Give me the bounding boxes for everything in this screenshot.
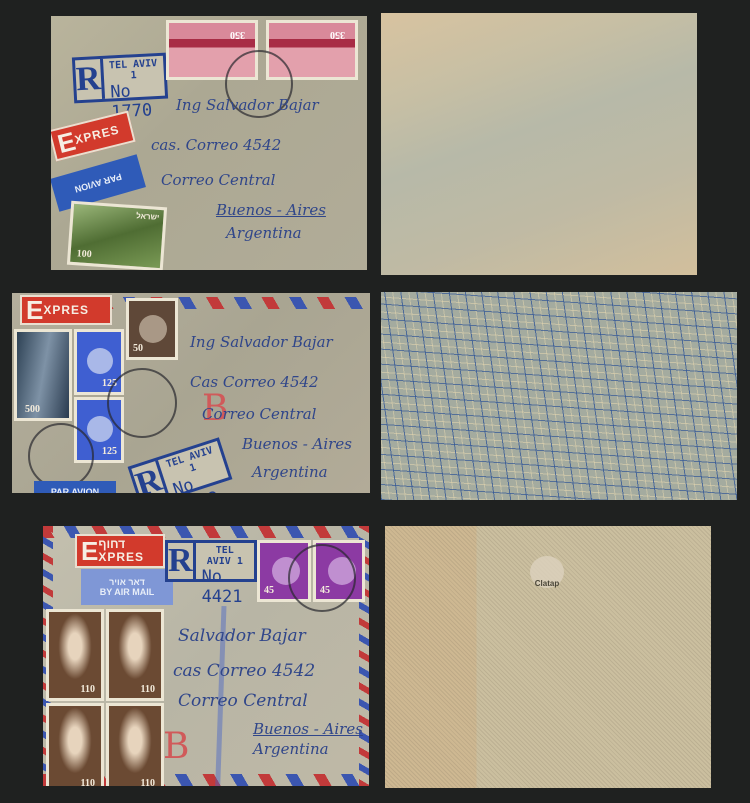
stamp-value: 45	[264, 585, 274, 596]
postmark	[107, 368, 177, 438]
express-word: XPRES	[43, 303, 89, 317]
stamp-value: 110	[141, 778, 155, 786]
address-line: cas. Correo 4542	[151, 136, 281, 154]
stamp-value: 100	[76, 248, 92, 260]
address-line: Buenos - Aires	[253, 720, 363, 738]
postmark	[288, 544, 356, 612]
address-line: Ing Salvador Bajar	[190, 333, 333, 351]
registration-number: No 4421	[202, 567, 248, 607]
airmail-hebrew: דאר אויר	[109, 577, 145, 587]
address-line: Argentina	[252, 463, 328, 481]
cover-2-back	[381, 292, 737, 500]
address-line: Ing Salvador Bajar	[176, 96, 319, 114]
airmail-text: PAR AVION	[51, 487, 99, 493]
cover-1-back	[381, 13, 697, 275]
stamp-110: 110	[106, 703, 164, 786]
stamp-value: 50	[133, 343, 143, 354]
maker-logo-text: Clatap	[535, 579, 559, 588]
registration-mark: R	[75, 59, 105, 100]
cover-2-front: E XPRES 500 125 125 50 R TEL AVIV 1 No 4…	[12, 293, 370, 493]
express-label: E דחוף XPRES	[75, 534, 165, 568]
stamp-500: 500	[14, 329, 72, 421]
address-line: Argentina	[253, 740, 329, 758]
coin-design	[139, 315, 167, 343]
express-word: XPRES	[73, 122, 121, 147]
airmail-text: PAR AVION	[73, 172, 122, 195]
address-line: Buenos - Aires	[216, 201, 326, 219]
stamp-value: 110	[81, 778, 95, 786]
post-office-name: TEL AVIV 1	[109, 58, 159, 83]
stamp-value: 125	[102, 446, 117, 457]
address-line: Correo Central	[178, 691, 308, 711]
stamp-value: 110	[141, 684, 155, 695]
cover-3-back: Clatap	[385, 526, 711, 788]
stamp-110: 110	[46, 609, 104, 701]
stamp-value: 350	[230, 29, 245, 40]
express-e: E	[26, 297, 43, 323]
stamp-110: 110	[106, 609, 164, 701]
coin-design	[87, 416, 113, 442]
address-line: cas Correo 4542	[173, 661, 315, 681]
express-e: E	[81, 538, 98, 564]
cover-3-front: E דחוף XPRES דאר אויר BY AIR MAIL R TEL …	[43, 526, 369, 786]
registration-mark: R	[168, 543, 196, 579]
maker-logo: Clatap	[530, 556, 564, 588]
stamp-110: 110	[46, 703, 104, 786]
address-line: Argentina	[226, 224, 302, 242]
express-label: E XPRES	[51, 111, 136, 162]
express-word: XPRES	[98, 551, 144, 564]
stamp-value: 500	[25, 404, 40, 415]
stamp-value: 110	[81, 684, 95, 695]
postmark	[28, 423, 94, 489]
stamp-100: ישראל 100	[67, 201, 167, 270]
address-line: Cas Correo 4542	[190, 373, 319, 391]
pencil-mark: B	[163, 726, 189, 767]
address-line: Buenos - Aires	[242, 435, 352, 453]
express-label: E XPRES	[20, 295, 112, 325]
registration-label: R TEL AVIV 1 No 4421	[165, 540, 257, 582]
address-line: Correo Central	[202, 405, 316, 423]
stamp-50: 50	[126, 298, 178, 360]
address-line: Correo Central	[161, 171, 275, 189]
registration-label: R TEL AVIV 1 No 1770	[72, 53, 168, 104]
cover-1-front: R TEL AVIV 1 No 1770 E XPRES PAR AVION 3…	[51, 16, 367, 270]
address-line: Salvador Bajar	[178, 626, 306, 646]
stamp-country: ישראל	[136, 211, 160, 222]
stamp-value: 350	[330, 29, 345, 40]
airmail-label: דאר אויר BY AIR MAIL	[81, 569, 173, 605]
airmail-label: PAR AVION	[34, 481, 116, 493]
post-office-name: TEL AVIV 1	[202, 545, 248, 567]
airmail-text: BY AIR MAIL	[100, 587, 155, 597]
coin-design	[87, 348, 113, 374]
registration-label: R TEL AVIV 1 No 4782	[128, 437, 233, 493]
